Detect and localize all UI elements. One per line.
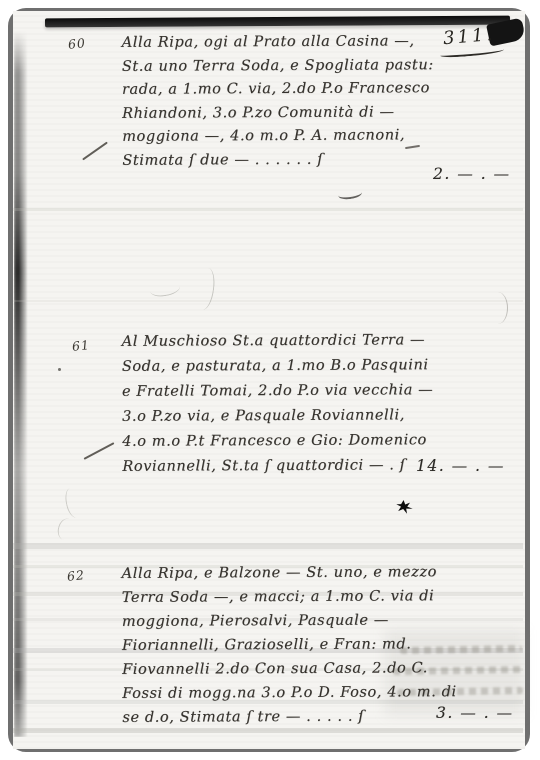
manuscript-line: Alla Ripa, ogi al Prato alla Casina —, bbox=[122, 30, 434, 55]
faint-pen-squiggle bbox=[197, 267, 217, 311]
scan-edge-artifact-top bbox=[45, 16, 510, 28]
scan-streak bbox=[13, 543, 523, 549]
margin-slash-mark bbox=[82, 142, 108, 161]
scan-streak bbox=[13, 300, 523, 302]
ink-blot bbox=[395, 498, 414, 516]
manuscript-line: moggiona, Pierosalvi, Pasquale — bbox=[122, 608, 457, 634]
manuscript-line: 3.o P.zo via, e Pasquale Roviannelli, bbox=[122, 403, 433, 430]
ink-speck bbox=[58, 368, 61, 371]
entry-number-60: 60 bbox=[67, 35, 86, 52]
entry-60-text: Alla Ripa, ogi al Prato alla Casina —, S… bbox=[122, 30, 435, 173]
manuscript-line: moggiona —, 4.o m.o P. A. macnoni, bbox=[122, 124, 434, 149]
manuscript-line: Stimata ſ due — . . . . . . ſ bbox=[122, 148, 434, 173]
manuscript-line: 4.o m.o P.t Francesco e Gio: Domenico bbox=[122, 428, 433, 455]
manuscript-line: Soda, e pasturata, a 1.mo B.o Pasquini bbox=[122, 353, 433, 380]
entry-62-amount: 3. — . — bbox=[436, 704, 514, 722]
faint-pen-squiggle bbox=[55, 517, 74, 542]
entry-61-amount: 14. — . — bbox=[416, 457, 505, 475]
faint-pen-squiggle bbox=[149, 280, 181, 299]
entry-60-amount: 2. — . — bbox=[433, 165, 511, 183]
manuscript-line: Fiovannelli 2.do Con sua Casa, 2.do C. bbox=[122, 656, 457, 682]
entry-number-61: 61 bbox=[71, 337, 90, 354]
scan-streak bbox=[13, 208, 523, 211]
manuscript-line: Alla Ripa, e Balzone — St. uno, e mezzo bbox=[122, 560, 457, 586]
entry-number-62: 62 bbox=[66, 567, 85, 584]
manuscript-line: e Fratelli Tomai, 2.do P.o via vecchia — bbox=[122, 378, 433, 405]
manuscript-line: Terra Soda —, e macci; a 1.mo C. via di bbox=[122, 584, 457, 610]
manuscript-line: se d.o, Stimata ſ tre — . . . . . ſ bbox=[122, 704, 457, 730]
manuscript-line: Fossi di mogg.na 3.o P.o D. Foso, 4.o m.… bbox=[122, 680, 457, 706]
margin-slash-mark bbox=[84, 442, 115, 460]
manuscript-line: rada, a 1.mo C. via, 2.do P.o Francesco bbox=[122, 77, 434, 102]
entry-62-text: Alla Ripa, e Balzone — St. uno, e mezzo … bbox=[122, 560, 457, 730]
manuscript-line: Rhiandoni, 3.o P.zo Comunità di — bbox=[122, 101, 434, 126]
manuscript-line: Roviannelli, St.ta ſ quattordici — . ſ bbox=[122, 453, 433, 480]
pen-flourish bbox=[337, 187, 362, 200]
scan-gutter-shadow-left bbox=[14, 31, 28, 737]
faint-pen-squiggle bbox=[498, 292, 508, 324]
manuscript-page: 311. 60 Alla Ripa, ogi al Prato alla Cas… bbox=[13, 11, 525, 749]
entry-61-text: Al Muschioso St.a quattordici Terra — So… bbox=[122, 328, 434, 480]
page-number: 311. bbox=[442, 24, 496, 49]
manuscript-line: St.a uno Terra Soda, e Spogliata pastu: bbox=[122, 54, 434, 79]
manuscript-line: Al Muschioso St.a quattordici Terra — bbox=[122, 328, 433, 355]
scanned-manuscript-screenshot: 311. 60 Alla Ripa, ogi al Prato alla Cas… bbox=[0, 0, 540, 760]
faint-pen-squiggle bbox=[63, 487, 81, 519]
manuscript-line: Fioriannelli, Grazioselli, e Fran: md. bbox=[122, 632, 457, 658]
